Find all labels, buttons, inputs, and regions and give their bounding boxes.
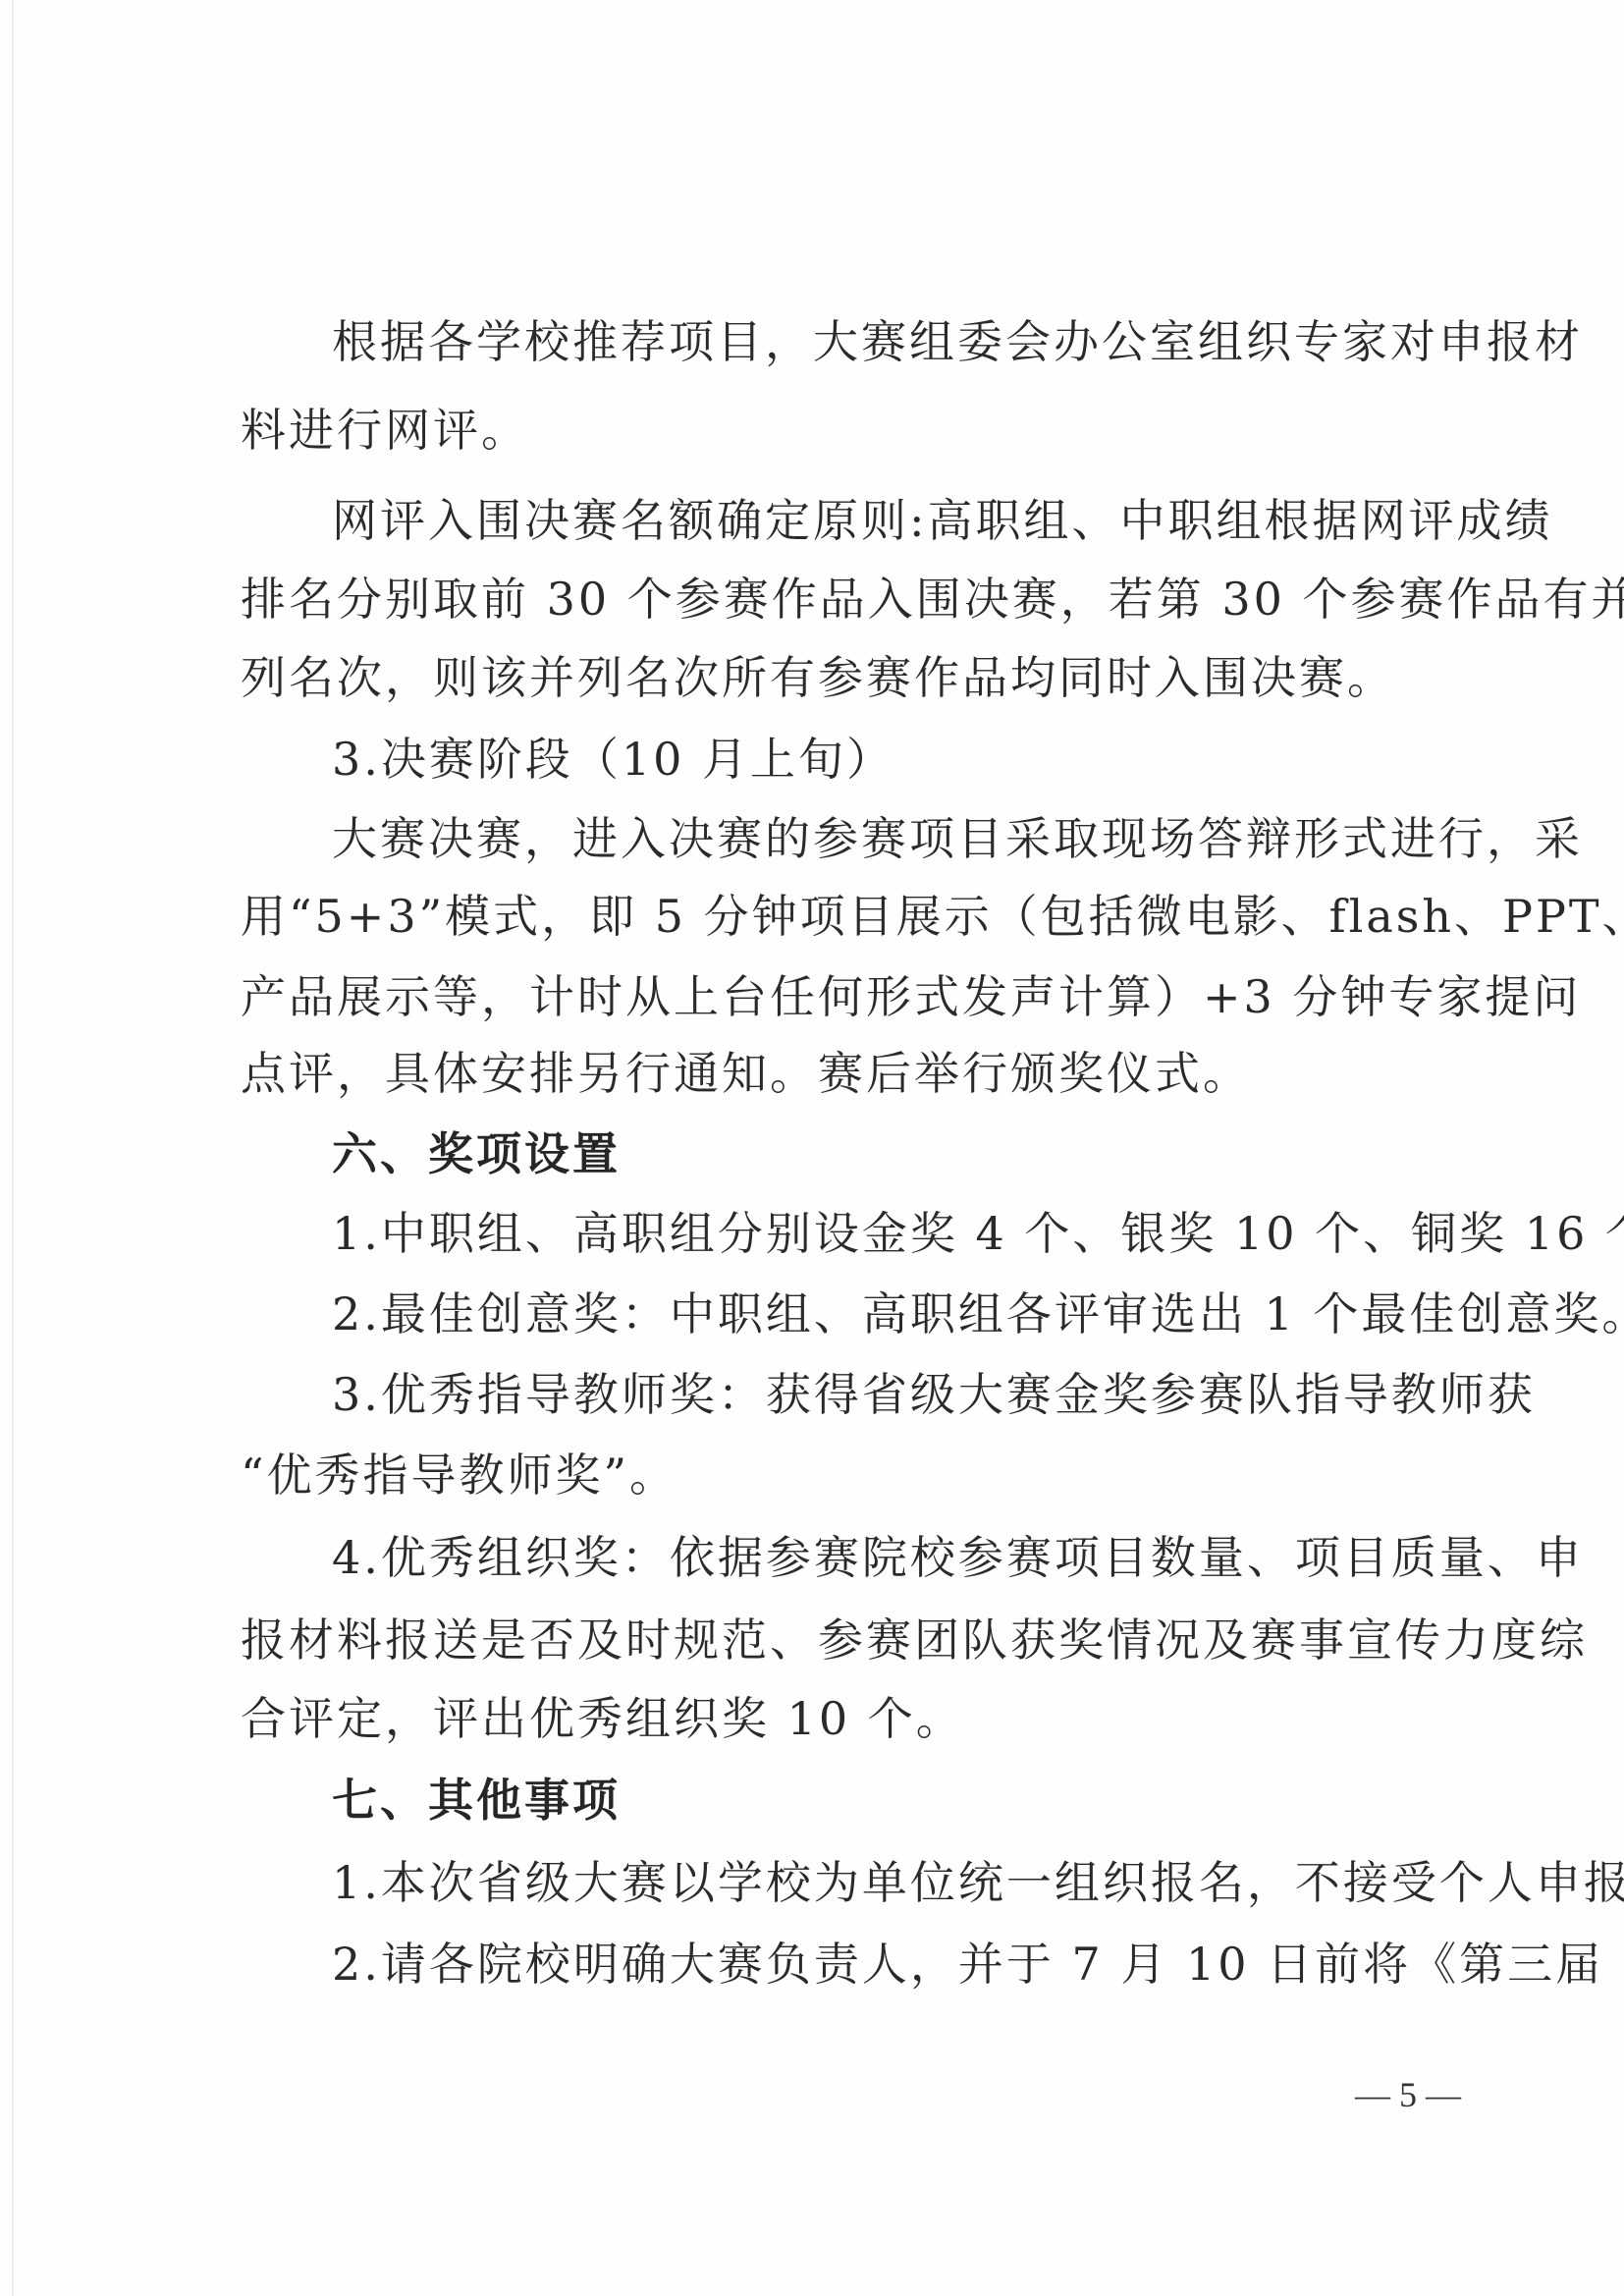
paragraph-line: 大赛决赛，进入决赛的参赛项目采取现场答辩形式进行，采 <box>332 809 1583 868</box>
paragraph-line: 料进行网评。 <box>241 401 529 460</box>
paragraph-line: 根据各学校推荐项目，大赛组委会办公室组织专家对申报材 <box>332 312 1583 371</box>
list-item: 2.请各院校明确大赛负责人，并于 7 月 10 日前将《第三届 <box>332 1935 1603 1994</box>
list-item: 1.中职组、高职组分别设金奖 4 个、银奖 10 个、铜奖 16 个。 <box>332 1204 1624 1263</box>
paragraph-line: 点评，具体安排另行通知。赛后举行颁奖仪式。 <box>241 1044 1251 1103</box>
section-heading-awards: 六、奖项设置 <box>332 1124 621 1183</box>
paragraph-line: 列名次，则该并列名次所有参赛作品均同时入围决赛。 <box>241 648 1395 707</box>
page-number: — 5 — <box>1355 2074 1461 2115</box>
list-item: 4.优秀组织奖：依据参赛院校参赛项目数量、项目质量、申 <box>332 1528 1584 1587</box>
scan-edge <box>12 0 14 2296</box>
list-item: 3.优秀指导教师奖：获得省级大赛金奖参赛队指导教师获 <box>332 1365 1536 1424</box>
paragraph-line: 排名分别取前 30 个参赛作品入围决赛，若第 30 个参赛作品有并 <box>241 570 1624 629</box>
list-item: 2.最佳创意奖：中职组、高职组各评审选出 1 个最佳创意奖。 <box>332 1285 1624 1343</box>
paragraph-line: 网评入围决赛名额确定原则:高职组、中职组根据网评成绩 <box>332 491 1553 550</box>
list-item: 1.本次省级大赛以学校为单位统一组织报名，不接受个人申报。 <box>332 1853 1624 1912</box>
subsection-title: 3.决赛阶段（10 月上旬） <box>332 730 894 789</box>
paragraph-line: 合评定，评出优秀组织奖 10 个。 <box>241 1689 964 1748</box>
section-heading-other: 七、其他事项 <box>332 1771 621 1830</box>
paragraph-line: 用“5+3”模式，即 5 分钟项目展示（包括微电影、flash、PPT、 <box>241 887 1624 946</box>
paragraph-line: “优秀指导教师奖”。 <box>241 1446 677 1504</box>
document-page: 根据各学校推荐项目，大赛组委会办公室组织专家对申报材 料进行网评。 网评入围决赛… <box>0 0 1624 2296</box>
paragraph-line: 产品展示等，计时从上台任何形式发声计算）+3 分钟专家提问 <box>241 967 1581 1026</box>
paragraph-line: 报材料报送是否及时规范、参赛团队获奖情况及赛事宣传力度综 <box>241 1611 1588 1669</box>
